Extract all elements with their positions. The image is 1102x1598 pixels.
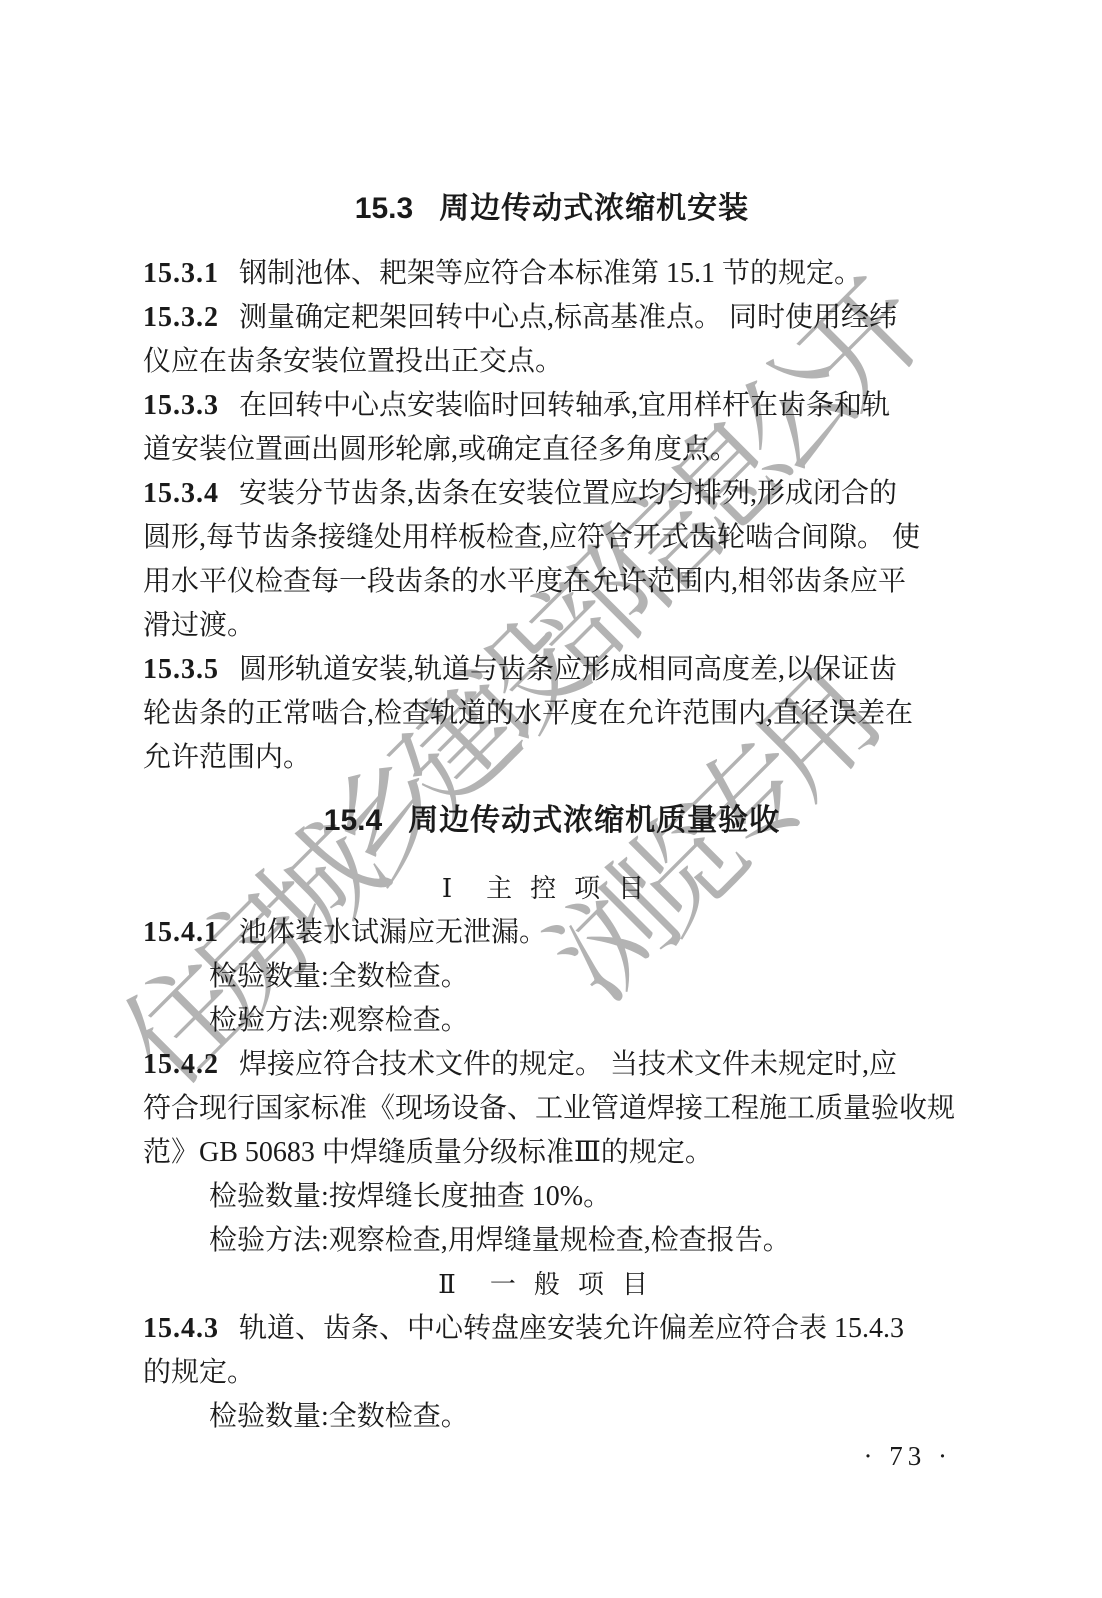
roman-numeral-2: Ⅱ bbox=[438, 1270, 456, 1299]
inspection-quantity-note: 检验数量:按焊缝长度抽查 10%。 bbox=[143, 1175, 961, 1219]
clause-text: 测量确定耙架回转中心点,标高基准点。 同时使用经纬 仪应在齿条安装位置投出正交点… bbox=[143, 302, 897, 377]
clause-number: 15.4.2 bbox=[143, 1049, 219, 1080]
clause-text: 池体装水试漏应无泄漏。 bbox=[239, 917, 547, 948]
clause-15-4-2: 15.4.2焊接应符合技术文件的规定。 当技术文件未规定时,应 符合现行国家标准… bbox=[143, 1043, 961, 1175]
document-page: 住房城乡建设部信息公开 浏览专用 15.3周边传动式浓缩机安装 15.3.1钢制… bbox=[0, 0, 1102, 1598]
clause-15-3-2: 15.3.2测量确定耙架回转中心点,标高基准点。 同时使用经纬 仪应在齿条安装位… bbox=[143, 296, 961, 384]
clause-number: 15.3.2 bbox=[143, 302, 219, 333]
clause-15-4-1: 15.4.1池体装水试漏应无泄漏。 bbox=[143, 911, 961, 955]
roman-numeral-1: Ⅰ bbox=[442, 874, 452, 903]
clause-text: 安装分节齿条,齿条在安装位置应均匀排列,形成闭合的 圆形,每节齿条接缝处用样板检… bbox=[143, 478, 920, 641]
clause-15-3-1: 15.3.1钢制池体、耙架等应符合本标准第 15.1 节的规定。 bbox=[143, 252, 961, 296]
clause-number: 15.4.3 bbox=[143, 1313, 219, 1344]
subhead-general-items: Ⅱ一般项目 bbox=[143, 1263, 961, 1307]
clause-number: 15.3.1 bbox=[143, 258, 219, 289]
page-number: · 73 · bbox=[864, 1441, 952, 1471]
page-content: 15.3周边传动式浓缩机安装 15.3.1钢制池体、耙架等应符合本标准第 15.… bbox=[143, 0, 961, 1439]
section-15-4-number: 15.4 bbox=[324, 804, 382, 837]
clause-number: 15.3.3 bbox=[143, 390, 219, 421]
section-15-3-title: 周边传动式浓缩机安装 bbox=[439, 192, 749, 225]
clause-text: 在回转中心点安装临时回转轴承,宜用样杆在齿条和轨 道安装位置画出圆形轮廓,或确定… bbox=[143, 390, 890, 465]
section-15-4-title: 周边传动式浓缩机质量验收 bbox=[408, 804, 780, 837]
section-15-3-number: 15.3 bbox=[355, 192, 413, 225]
clause-text: 钢制池体、耙架等应符合本标准第 15.1 节的规定。 bbox=[239, 258, 862, 289]
clause-15-4-3: 15.4.3轨道、齿条、中心转盘座安装允许偏差应符合表 15.4.3 的规定。 bbox=[143, 1307, 961, 1395]
clause-15-3-4: 15.3.4安装分节齿条,齿条在安装位置应均匀排列,形成闭合的 圆形,每节齿条接… bbox=[143, 472, 961, 648]
inspection-method-note: 检验方法:观察检查。 bbox=[143, 999, 961, 1043]
clause-number: 15.4.1 bbox=[143, 917, 219, 948]
clause-text: 焊接应符合技术文件的规定。 当技术文件未规定时,应 符合现行国家标准《现场设备、… bbox=[143, 1049, 955, 1168]
clause-15-3-5: 15.3.5圆形轨道安装,轨道与齿条应形成相同高度差,以保证齿 轮齿条的正常啮合… bbox=[143, 648, 961, 780]
clause-number: 15.3.4 bbox=[143, 478, 219, 509]
inspection-quantity-note: 检验数量:全数检查。 bbox=[143, 1395, 961, 1439]
section-heading-15-3: 15.3周边传动式浓缩机安装 bbox=[143, 189, 961, 229]
clause-number: 15.3.5 bbox=[143, 654, 219, 685]
inspection-quantity-note: 检验数量:全数检查。 bbox=[143, 955, 961, 999]
inspection-method-note: 检验方法:观察检查,用焊缝量规检查,检查报告。 bbox=[143, 1219, 961, 1263]
section-heading-15-4: 15.4周边传动式浓缩机质量验收 bbox=[143, 801, 961, 841]
clause-15-3-3: 15.3.3在回转中心点安装临时回转轴承,宜用样杆在齿条和轨 道安装位置画出圆形… bbox=[143, 384, 961, 472]
subhead-title: 一般项目 bbox=[490, 1270, 666, 1299]
subhead-master-control-items: Ⅰ主控项目 bbox=[143, 867, 961, 911]
clause-text: 圆形轨道安装,轨道与齿条应形成相同高度差,以保证齿 轮齿条的正常啮合,检查轨道的… bbox=[143, 654, 913, 773]
clause-text: 轨道、齿条、中心转盘座安装允许偏差应符合表 15.4.3 的规定。 bbox=[143, 1313, 904, 1388]
subhead-title: 主控项目 bbox=[486, 874, 662, 903]
